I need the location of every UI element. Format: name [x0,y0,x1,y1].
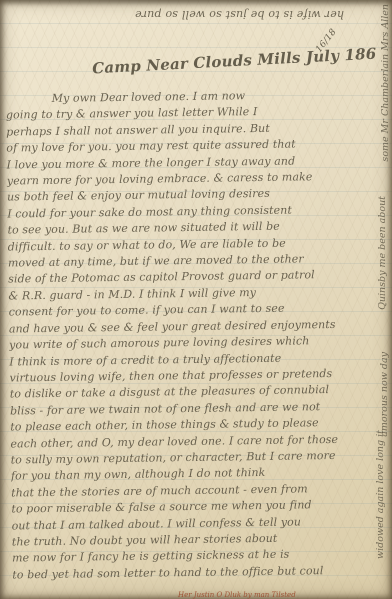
flipped-top-line: her wife is to be just so well so pure [34,8,344,21]
archival-annotation: Her Justin O Dluk by man Tilsted [178,591,296,599]
letterhead-dateline: Camp Near Clouds Mills July 186 [92,45,377,78]
letter-page: her wife is to be just so well so pure 1… [0,0,392,599]
margin-note: Quinsby me been about [377,196,388,310]
margin-note: widowed again love long it [375,430,386,559]
margin-note: amorous now day [379,352,390,437]
letter-body: My own Dear loved one. I am now going to… [6,87,372,584]
margin-note: some Mr Chamberlain Mrs Allen [380,4,391,162]
